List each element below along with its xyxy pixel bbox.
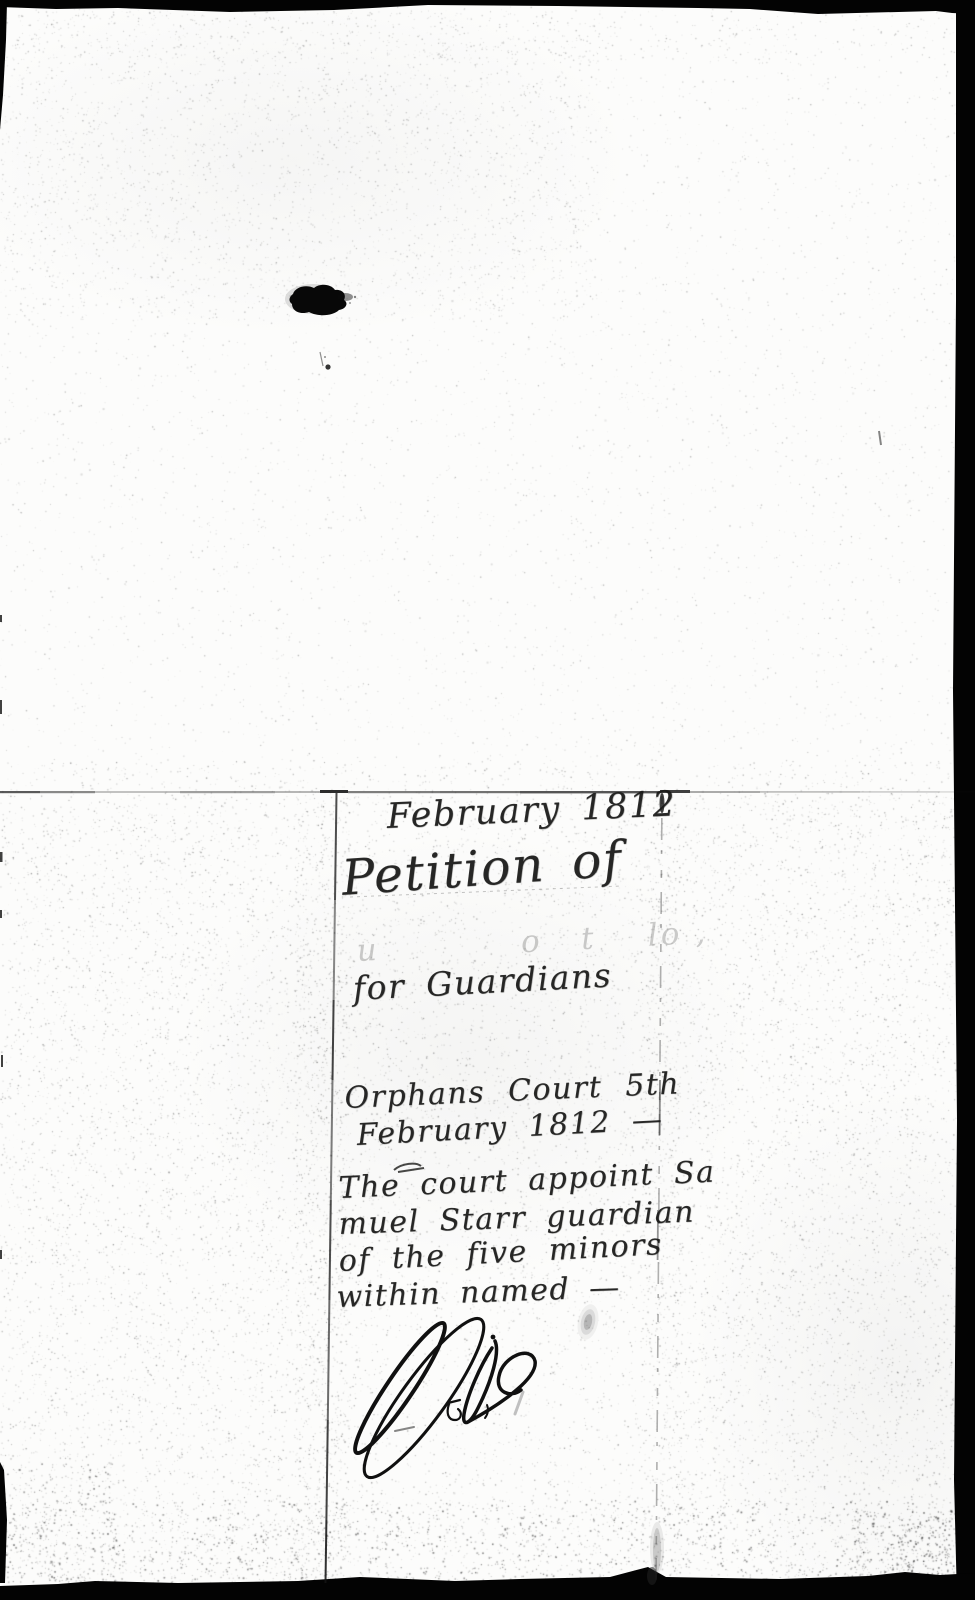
scanned-document-page: February 1812 Petition of u o t lo , for…: [0, 0, 975, 1600]
scan-edge-right: [953, 0, 975, 1600]
signature-flourish: [346, 1307, 536, 1490]
scan-edge-left-top: [0, 0, 7, 130]
scan-edge-top: [0, 0, 975, 14]
ink-blot: [285, 284, 356, 315]
stray-pen-tick: [879, 431, 881, 445]
scan-edge-left-dashes: [0, 615, 3, 1259]
ink-drip-marks: [320, 352, 331, 370]
scan-edge-bottom: [0, 1567, 975, 1600]
scan-edge-left-bottom: [0, 1462, 7, 1583]
left-fold-line: [326, 793, 337, 1583]
ink-smudge: [574, 1302, 601, 1341]
